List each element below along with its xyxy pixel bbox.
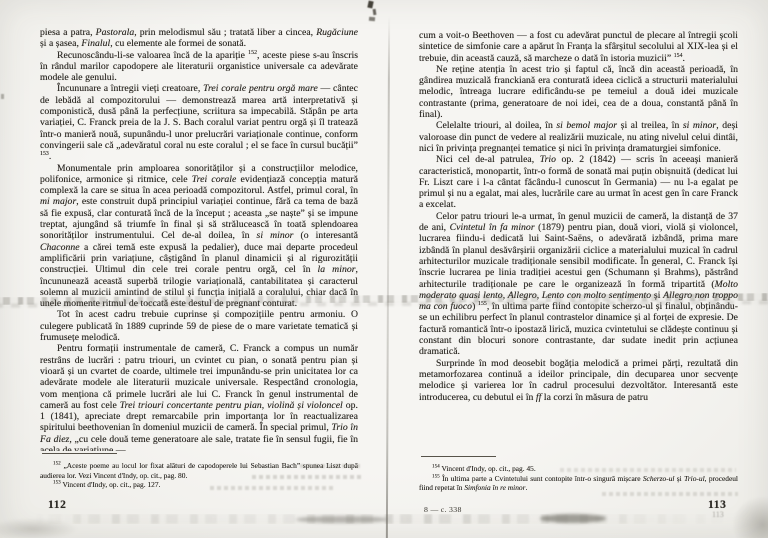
paragraph: piesa a patra, Pastorala, prin melodismu… [40,27,358,50]
scan-artifact-bleedthrough-text [300,464,362,468]
footnote-separator-left [42,453,117,454]
left-page-footnote-block: 152 „Aceste poeme au locul lor fixat ală… [40,453,358,490]
paragraph: cum a voit-o Beethoven — a fost cu adevă… [419,30,738,64]
paragraph: Pentru formații instrumentale de cameră,… [40,343,358,451]
paragraph: Celor patru triouri le-a urmat, în genul… [419,211,738,358]
printer-signature-mark: 8 — c. 338 [424,505,462,514]
paragraph: Monumentale prin amploarea sonorităților… [40,163,358,310]
scan-artifact-bleedthrough-text [210,486,334,490]
scan-artifact-bleedthrough-text [252,475,364,479]
scan-artifact-gutter-ink-mark [373,9,377,15]
footnote-separator-right [421,456,496,457]
page-number-left: 112 [48,499,66,511]
scan-artifact-bottom-dark-blot [296,516,388,523]
left-page: piesa a patra, Pastorala, prin melodismu… [40,27,358,527]
right-page-body: cum a voit-o Beethoven — a fost cu adevă… [419,30,738,403]
right-page: cum a voit-o Beethoven — a fost cu adevă… [419,30,738,527]
paragraph: Tot în acest cadru trebuie cuprinse și c… [40,309,358,343]
scan-artifact-bleedthrough-text [602,492,738,496]
scan-artifact-gutter-line [386,16,390,538]
paragraph: Recunoscându-li-se valoarea încă de la a… [40,50,358,84]
scan-artifact-gutter-ink-mark [367,1,373,9]
scan-artifact-corner-smudge [0,518,78,538]
paragraph: Surprinde în mod deosebit bogăția melodi… [419,358,738,403]
scan-artifact-gutter-ink-mark [369,17,375,22]
left-page-body: piesa a patra, Pastorala, prin melodismu… [40,27,358,451]
paragraph: Ne reține atenția în acest trio și faptu… [419,64,738,120]
book-spread-scan: piesa a patra, Pastorala, prin melodismu… [0,0,768,538]
right-page-footnote-block: 154 Vincent d'Indy, op. cit., pag. 45.15… [419,456,738,493]
paragraph: Celelalte triouri, al doilea, în si bemo… [419,120,738,154]
paragraph: Încununare a întregii vieți creatoare, T… [40,83,358,162]
scan-artifact-bleedthrough-text [560,468,736,472]
scan-artifact-edge-speck [1,94,4,99]
scan-artifact-bottom-dark-blot [540,514,606,523]
paragraph: Nici cel de-al patrulea, Trio op. 2 (184… [419,154,738,210]
paragraph: 155 În ultima parte a Cvintetului sunt c… [419,474,738,493]
scan-artifact-corner-smudge [732,496,768,538]
